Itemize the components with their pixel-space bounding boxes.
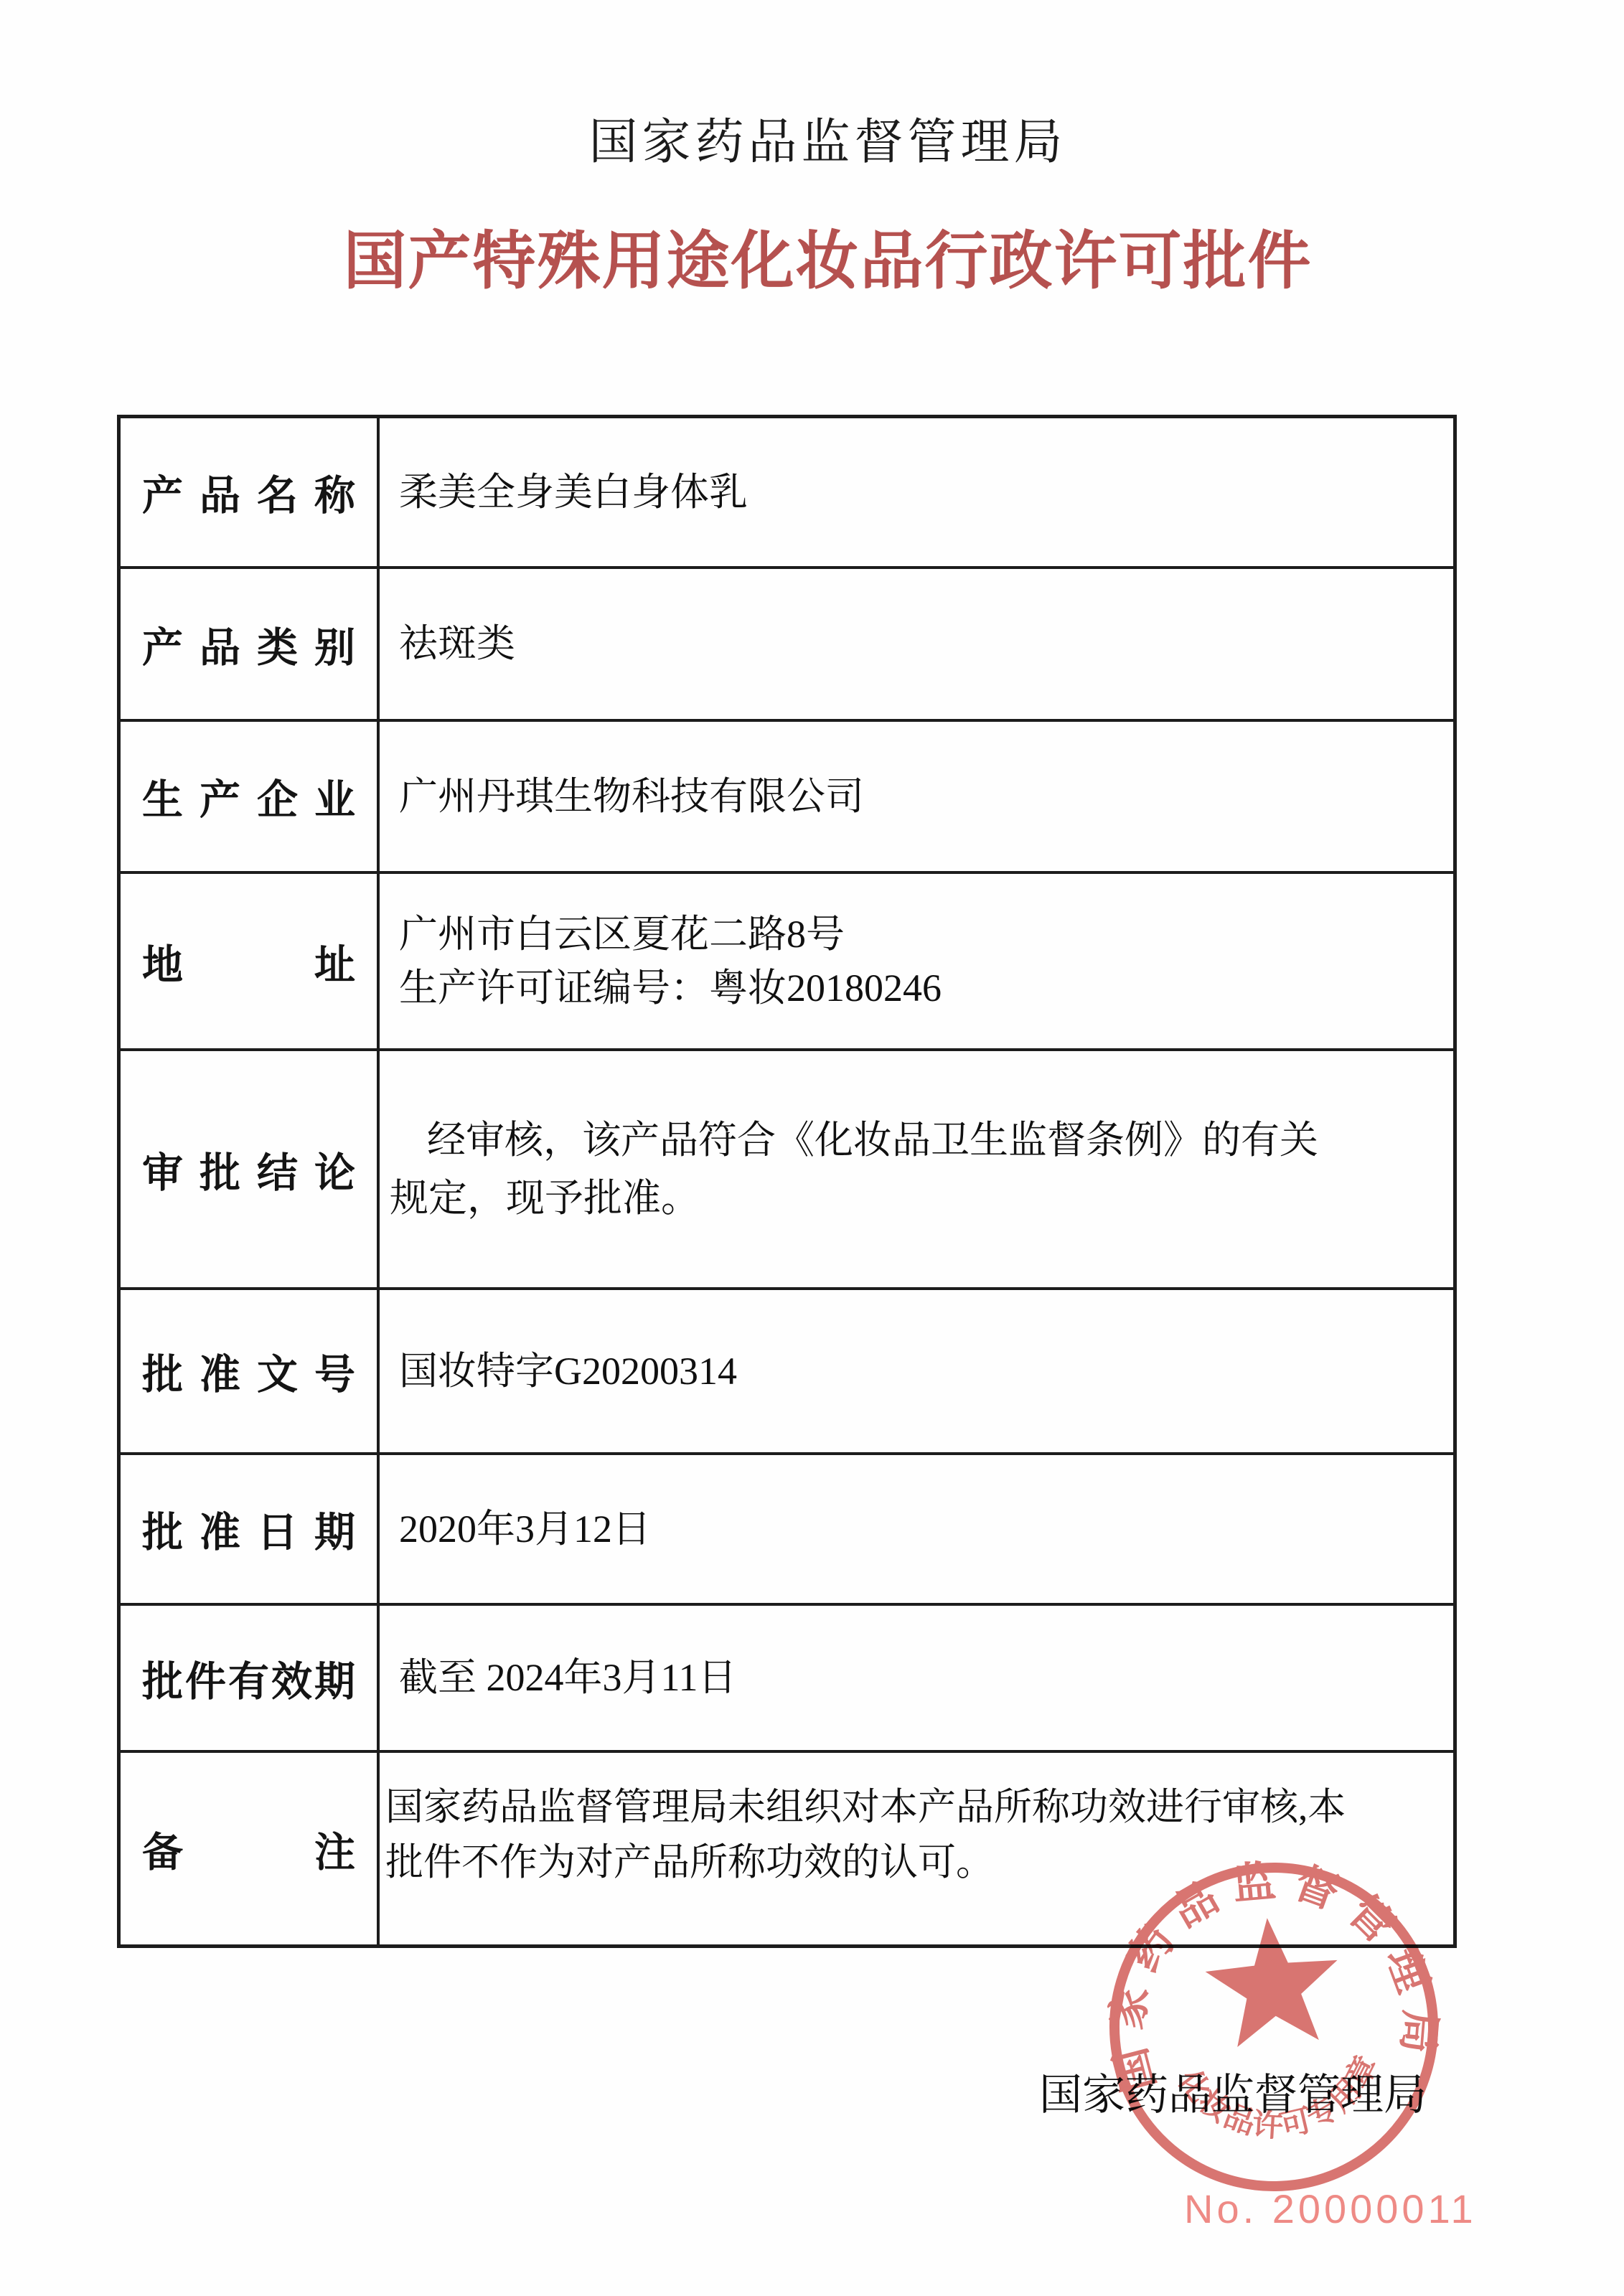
row-label-cell: 批件有效期: [121, 1606, 380, 1750]
row-value-cell: 截至 2024年3月11日: [380, 1606, 1453, 1750]
row-value-cell: 广州市白云区夏花二路8号 生产许可证编号：粤妆20180246: [380, 874, 1453, 1048]
row-value-cell: 祛斑类: [380, 569, 1453, 719]
table-row-product-category: 产品类别 祛斑类: [121, 569, 1453, 722]
row-value-cell: 柔美全身美白身体乳: [380, 418, 1453, 566]
table-row-approval-conclusion: 审批结论 经审核，该产品符合《化妆品卫生监督条例》的有关 规定，现予批准。: [121, 1051, 1453, 1290]
row-label-cell: 生产企业: [121, 722, 380, 871]
row-value-line: 截至 2024年3月11日: [399, 1651, 1429, 1705]
row-value-cell: 经审核，该产品符合《化妆品卫生监督条例》的有关 规定，现予批准。: [380, 1051, 1453, 1287]
row-value-line: 规定，现予批准。: [390, 1170, 1429, 1228]
row-label: 批件有效期: [142, 1649, 355, 1708]
row-label: 生产企业: [142, 767, 355, 826]
row-label: 批准文号: [142, 1342, 355, 1401]
row-label-cell: 批准文号: [121, 1290, 380, 1452]
row-label: 审批结论: [142, 1140, 355, 1199]
license-document-page: 国家药品监督管理局 国产特殊用途化妆品行政许可批件 产品名称 柔美全身美白身体乳…: [0, 0, 1624, 2296]
row-label-cell: 备注: [121, 1753, 380, 1944]
row-value-line: 2020年3月12日: [399, 1502, 1429, 1556]
table-row-product-name: 产品名称 柔美全身美白身体乳: [121, 418, 1453, 569]
row-value-line: 广州市白云区夏花二路8号: [399, 908, 1429, 961]
license-table: 产品名称 柔美全身美白身体乳 产品类别 祛斑类 生产企业 广州丹琪生物科技有限公…: [117, 415, 1457, 1948]
row-label: 地址: [142, 932, 355, 991]
row-value-line: 国家药品监督管理局未组织对本产品所称功效进行审核,本: [385, 1780, 1429, 1835]
document-title: 国产特殊用途化妆品行政许可批件: [32, 211, 1624, 301]
stamp-star-icon: [1201, 1912, 1344, 2049]
row-value-line: 祛斑类: [399, 617, 1429, 671]
row-label-cell: 批准日期: [121, 1455, 380, 1603]
table-row-approval-date: 批准日期 2020年3月12日: [121, 1455, 1453, 1606]
row-label: 产品类别: [142, 615, 355, 674]
row-value-line: 生产许可证编号：粤妆20180246: [399, 961, 1429, 1015]
table-row-approval-number: 批准文号 国妆特字G20200314: [121, 1290, 1453, 1455]
row-label: 产品名称: [142, 463, 355, 522]
row-value-cell: 2020年3月12日: [380, 1455, 1453, 1603]
row-value-line: 广州丹琪生物科技有限公司: [399, 770, 1429, 824]
official-seal-stamp: 国家药品监督管理局 化妆品许可专用章: [1087, 1837, 1461, 2217]
row-label: 备注: [142, 1820, 355, 1878]
row-value-line: 柔美全身美白身体乳: [399, 466, 1429, 519]
table-row-validity-period: 批件有效期 截至 2024年3月11日: [121, 1606, 1453, 1753]
row-value-line: 经审核，该产品符合《化妆品卫生监督条例》的有关: [390, 1111, 1429, 1170]
row-label-cell: 产品类别: [121, 569, 380, 719]
row-value-cell: 广州丹琪生物科技有限公司: [380, 722, 1453, 871]
row-label-cell: 地址: [121, 874, 380, 1048]
row-label-cell: 审批结论: [121, 1051, 380, 1287]
row-value-cell: 国妆特字G20200314: [380, 1290, 1453, 1452]
agency-header: 国家药品监督管理局: [32, 103, 1624, 173]
table-row-manufacturer: 生产企业 广州丹琪生物科技有限公司: [121, 722, 1453, 874]
stamp-bottom-text: 化妆品许可专用章: [1169, 2047, 1390, 2153]
table-row-address: 地址 广州市白云区夏花二路8号 生产许可证编号：粤妆20180246: [121, 874, 1453, 1051]
row-label-cell: 产品名称: [121, 418, 380, 566]
row-value-line: 国妆特字G20200314: [399, 1345, 1429, 1398]
row-label: 批准日期: [142, 1500, 355, 1558]
stamp-ring: [1101, 1854, 1446, 2199]
